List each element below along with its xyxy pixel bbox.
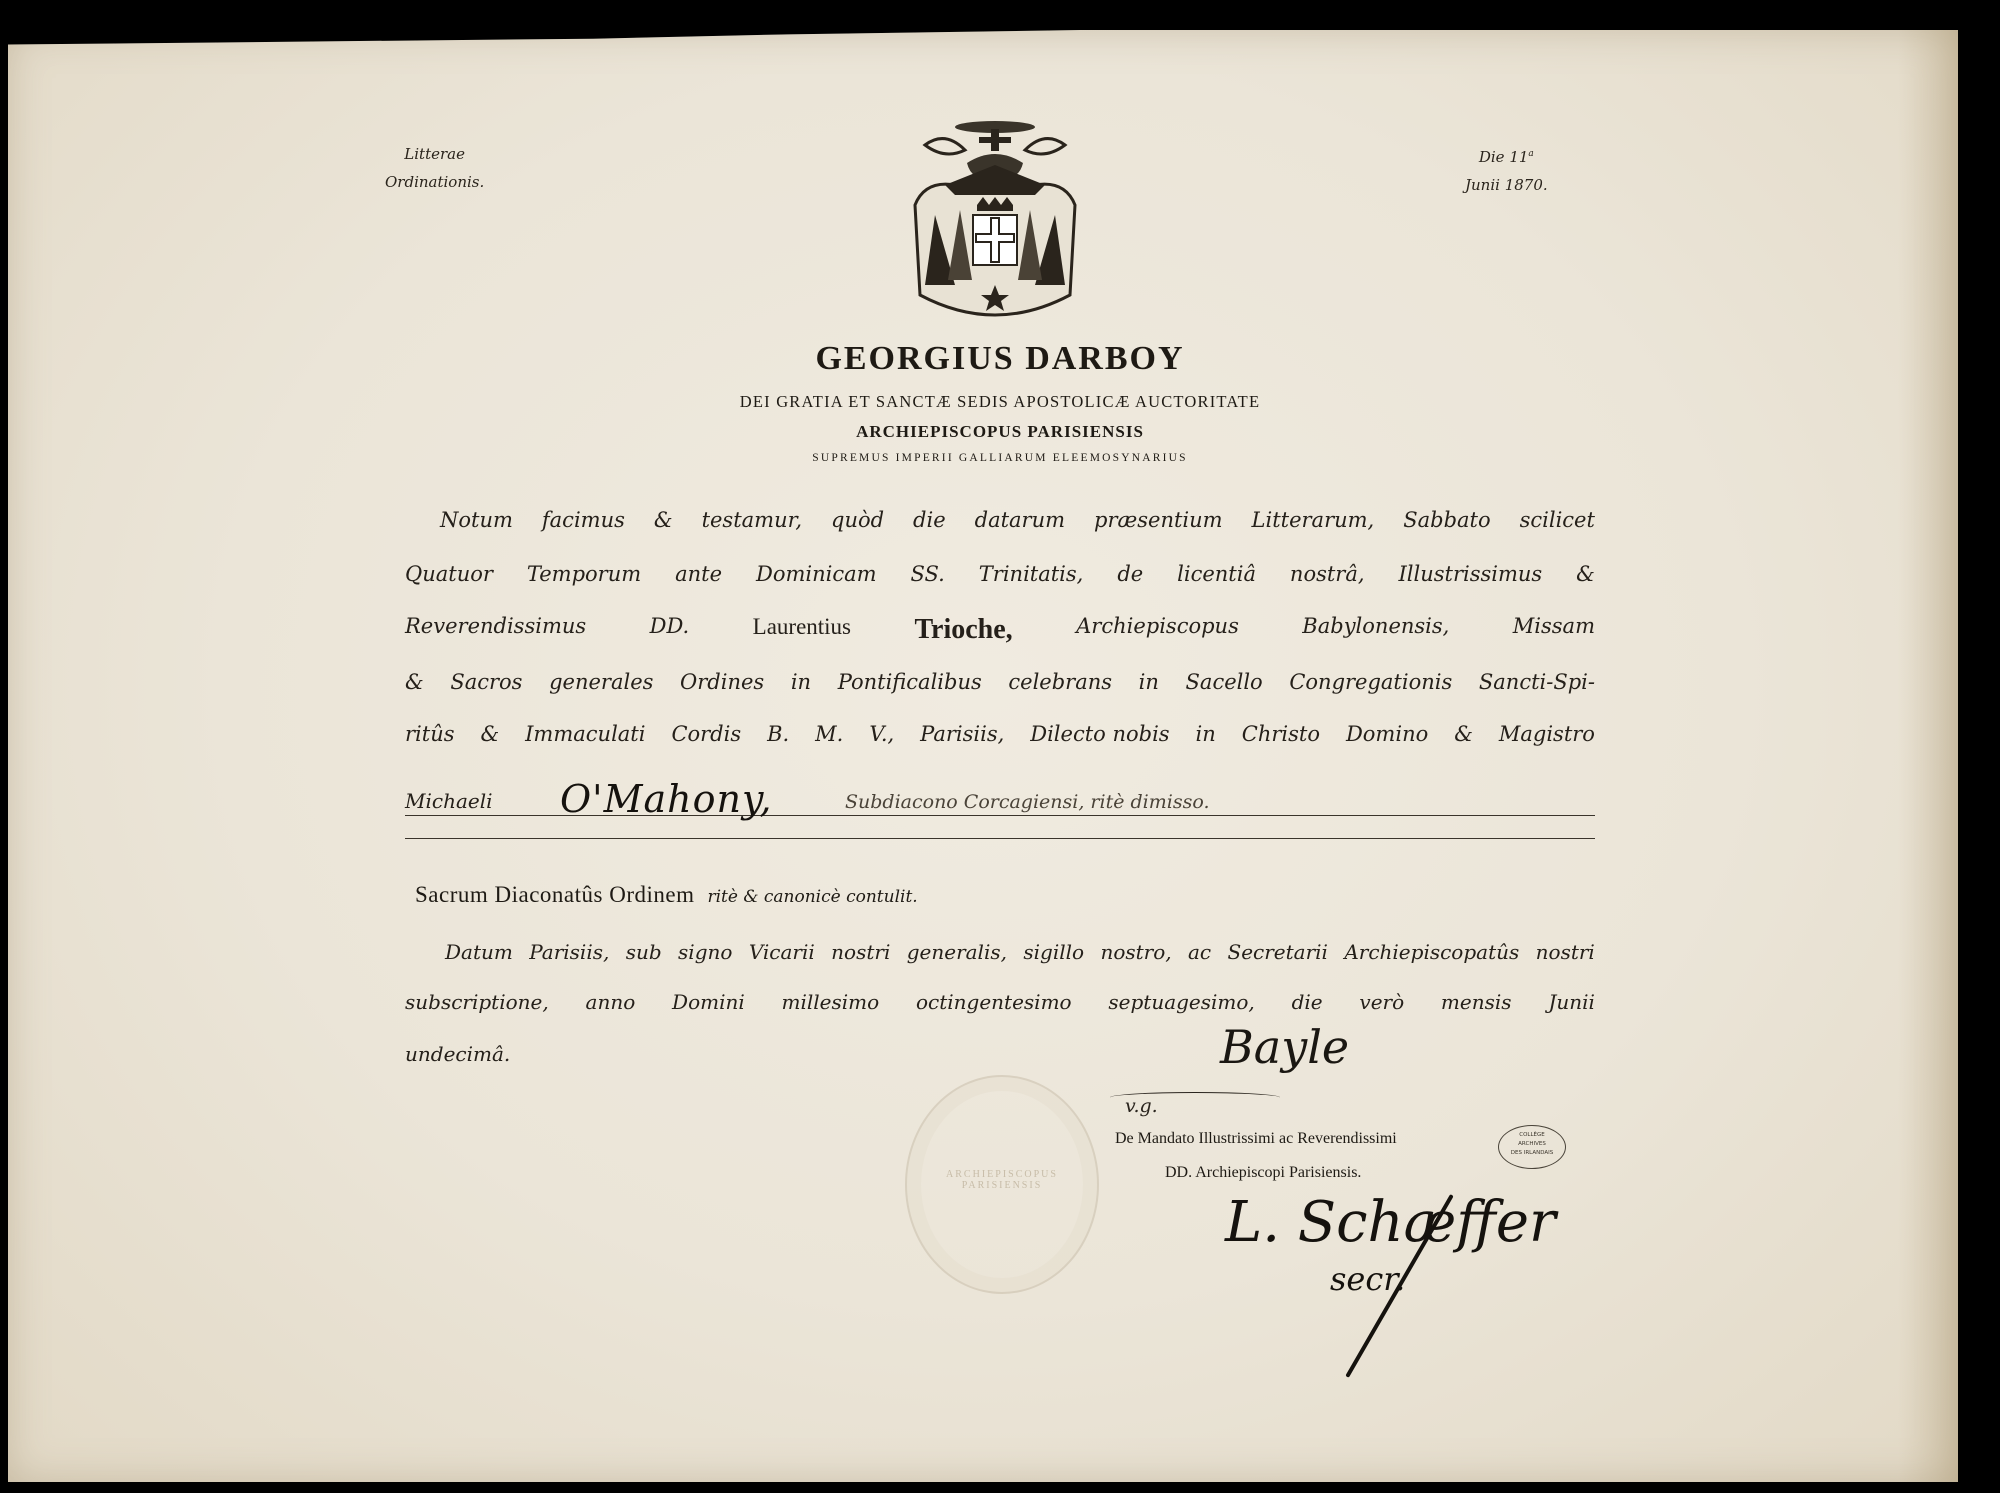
date-line-1: Die 11a (1465, 140, 1548, 171)
archbishop-office: SUPREMUS IMPERII GALLIARUM ELEEMOSYNARIU… (0, 452, 2000, 464)
embossed-seal-icon: ARCHIEPISCOPUS PARISIENSIS (905, 1075, 1099, 1294)
ordaining-bishop-surname: Trioche, (914, 614, 1012, 646)
vicar-signature: Bayle (1220, 1020, 1349, 1074)
body-line-3: ReverendissimusDD.LaurentiusTrioche,Arch… (405, 614, 1595, 646)
date-line-2: Junii 1870. (1465, 171, 1548, 199)
body-line-5: ritûs&ImmaculatiCordisB.M.V.,Parisiis,Di… (405, 722, 1595, 746)
archive-stamp-icon: COLLÈGE ARCHIVES DES IRLANDAIS (1498, 1125, 1566, 1169)
archbishop-name: GEORGIUS DARBOY (0, 340, 2000, 378)
body-line-2: QuatuorTemporumanteDominicamSS.Trinitati… (405, 562, 1595, 586)
mandate-line-1: De Mandato Illustrissimi ac Reverendissi… (1115, 1130, 1397, 1148)
archbishop-title: ARCHIEPISCOPUS PARISIENSIS (0, 422, 2000, 442)
note-line: Litterae (385, 140, 484, 168)
date-note: Die 11a Junii 1870. (1465, 140, 1548, 199)
recipient-details: Subdiacono Corcagiensi, ritè dimisso. (845, 791, 1210, 813)
body-line-4: &SacrosgeneralesOrdinesinPontificalibusc… (405, 670, 1595, 694)
closing-line-3: undecimâ. (405, 1042, 1595, 1066)
order-conferred: Sacrum Diaconatûs Ordinem ritè & canonic… (415, 882, 918, 908)
order-clause: ritè & canonicè contulit. (707, 887, 917, 907)
note-line: Ordinationis. (385, 168, 484, 196)
recipient-firstname: Michaeli (405, 789, 493, 813)
coat-of-arms-icon (905, 115, 1085, 325)
vicar-initials: v.g. (1125, 1095, 1158, 1117)
archbishop-authority: DEI GRATIA ET SANCTÆ SEDIS APOSTOLICÆ AU… (0, 392, 2000, 412)
mandate-line-2: DD. Archiepiscopi Parisiensis. (1165, 1164, 1361, 1182)
blank-rule (405, 838, 1595, 839)
secretary-signature: L. Schæffer (1225, 1190, 1556, 1255)
closing-line-2: subscriptione,annoDominimillesimooctinge… (405, 990, 1595, 1014)
recipient-surname: O'Mahony, (560, 777, 773, 821)
recipient-field: Michaeli O'Mahony, Subdiacono Corcagiens… (405, 775, 1595, 816)
order-name: Sacrum Diaconatûs Ordinem (415, 882, 694, 907)
body-line-1: Notumfacimus&testamur,quòddiedatarumpræs… (405, 508, 1595, 532)
document-type-note: Litterae Ordinationis. (385, 140, 484, 196)
ordaining-bishop-firstname: Laurentius (753, 614, 851, 646)
closing-line-1: DatumParisiis,subsignoVicariinostrigener… (445, 940, 1595, 964)
